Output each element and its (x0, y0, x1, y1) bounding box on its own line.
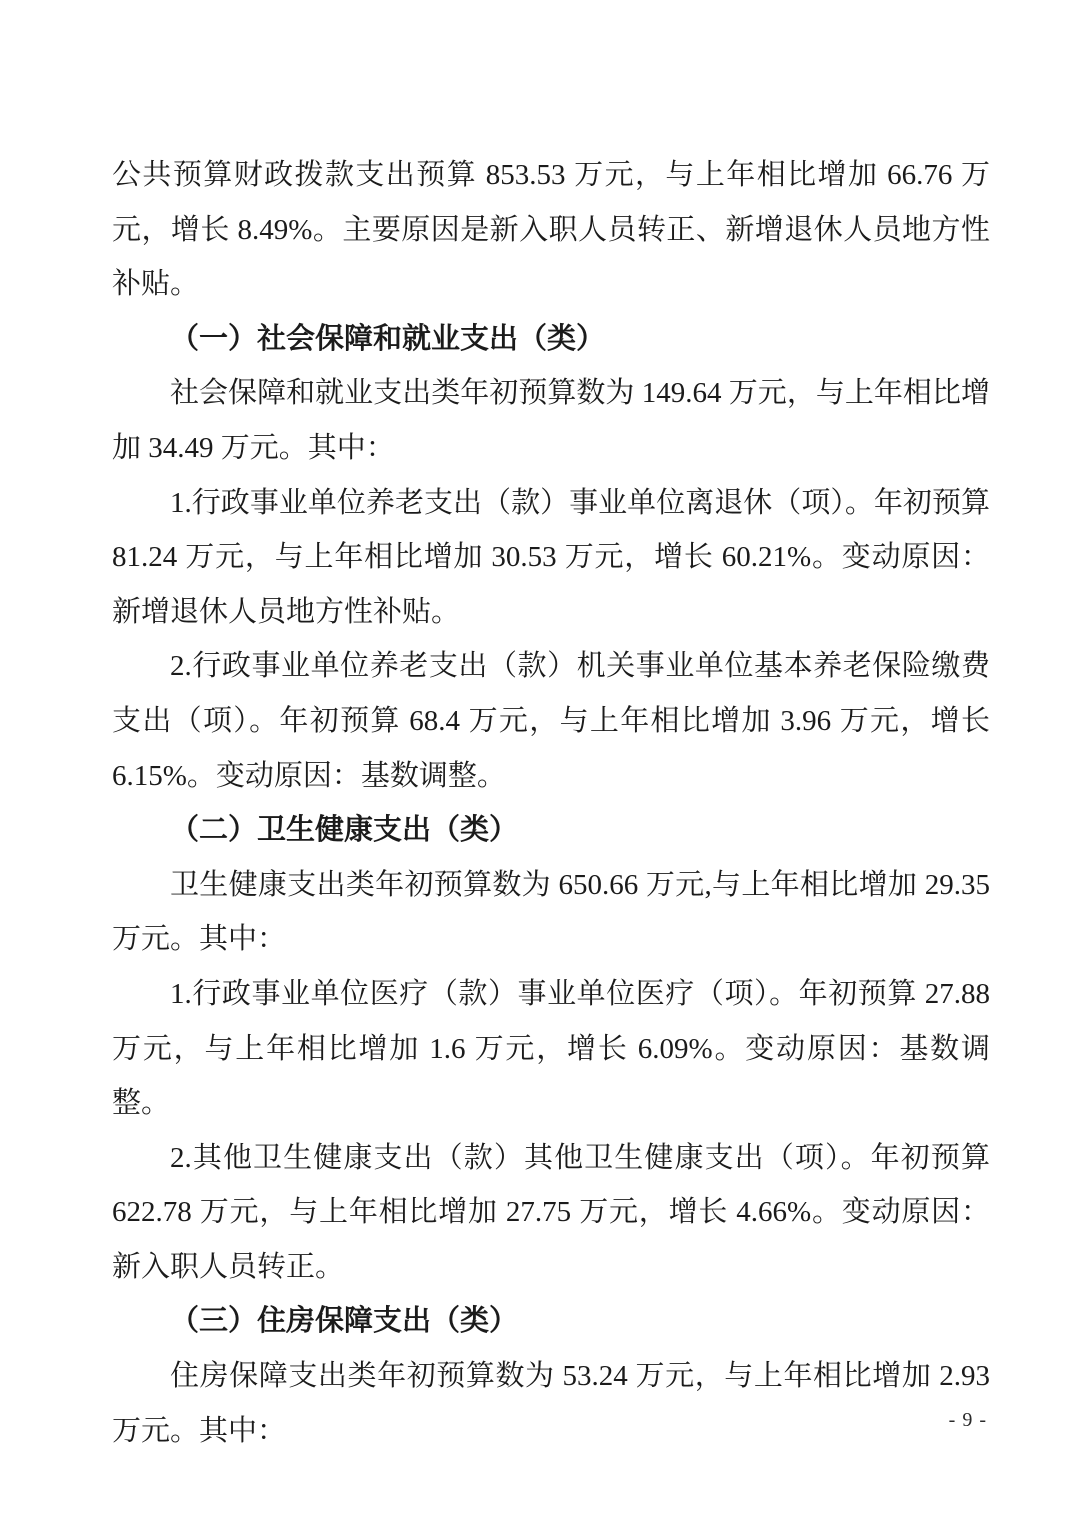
section-heading-health: （二）卫生健康支出（类） (112, 803, 990, 858)
document-page: 公共预算财政拨款支出预算 853.53 万元，与上年相比增加 66.76 万元，… (0, 0, 1075, 1520)
paragraph-medical-units: 1.行政事业单位医疗（款）事业单位医疗（项）。年初预算 27.88 万元，与上年… (112, 967, 990, 1131)
document-body: 公共预算财政拨款支出预算 853.53 万元，与上年相比增加 66.76 万元，… (112, 148, 990, 1458)
paragraph-social-security-total: 社会保障和就业支出类年初预算数为 149.64 万元，与上年相比增加 34.49… (112, 366, 990, 475)
paragraph-pension-retirees: 1.行政事业单位养老支出（款）事业单位离退休（项）。年初预算 81.24 万元，… (112, 476, 990, 640)
paragraph-budget-summary: 公共预算财政拨款支出预算 853.53 万元，与上年相比增加 66.76 万元，… (112, 148, 990, 312)
section-heading-social-security: （一）社会保障和就业支出（类） (112, 312, 990, 367)
paragraph-housing-total: 住房保障支出类年初预算数为 53.24 万元，与上年相比增加 2.93 万元。其… (112, 1349, 990, 1458)
section-heading-housing: （三）住房保障支出（类） (112, 1294, 990, 1349)
paragraph-pension-insurance: 2.行政事业单位养老支出（款）机关事业单位基本养老保险缴费支出（项）。年初预算 … (112, 639, 990, 803)
page-number: - 9 - (949, 1406, 987, 1434)
paragraph-other-health: 2.其他卫生健康支出（款）其他卫生健康支出（项）。年初预算 622.78 万元，… (112, 1131, 990, 1295)
paragraph-health-total: 卫生健康支出类年初预算数为 650.66 万元,与上年相比增加 29.35 万元… (112, 858, 990, 967)
